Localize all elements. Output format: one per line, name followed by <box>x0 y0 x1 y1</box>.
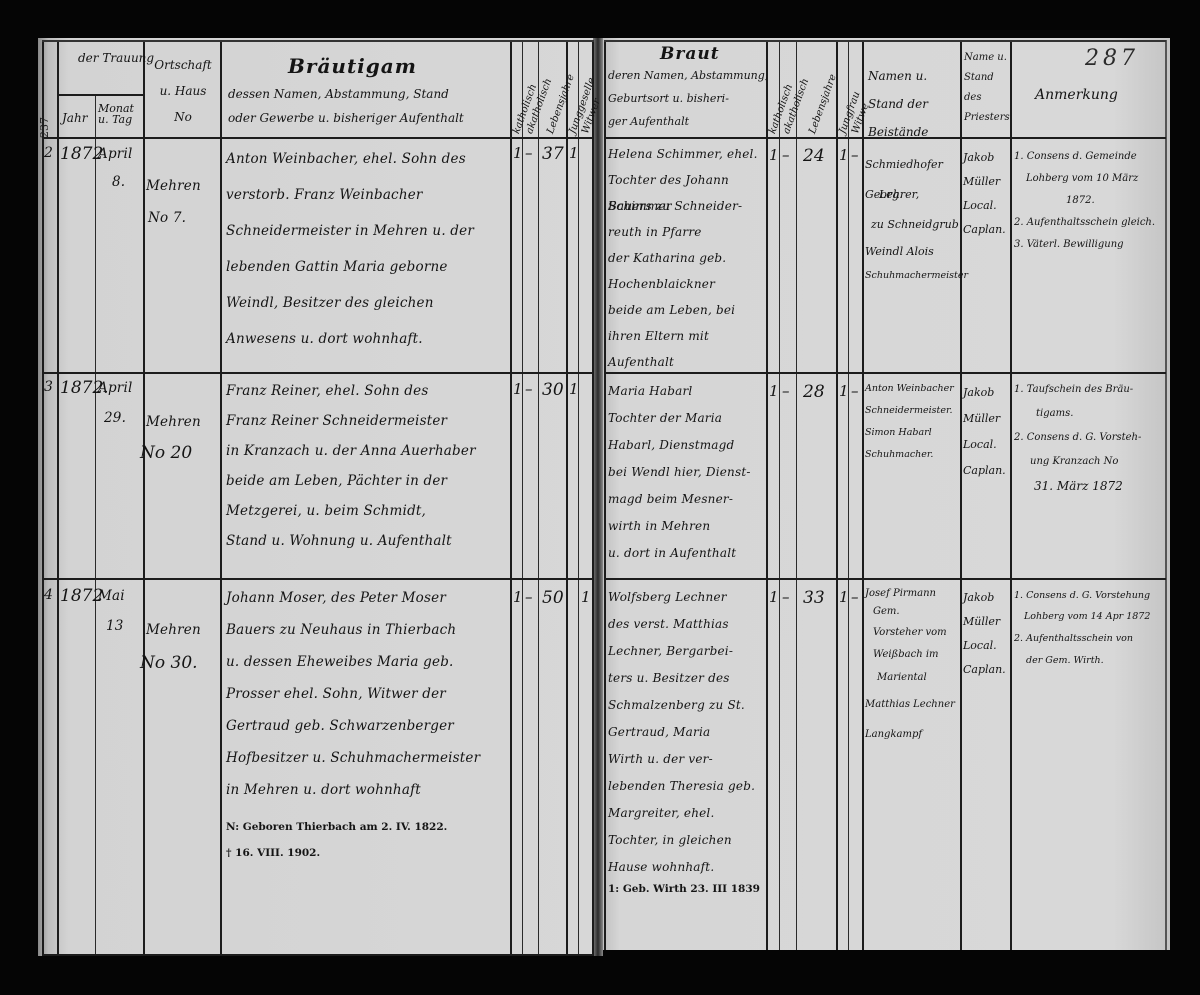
groom-widower: 1 <box>581 590 591 605</box>
header-trauung: der Trauung <box>78 52 154 64</box>
page-number: 287 <box>1085 48 1139 70</box>
rule <box>57 40 59 955</box>
header-braeutigam-sub1: dessen Namen, Abstammung, Stand <box>228 88 449 100</box>
entry-place: Mehren <box>146 624 201 638</box>
bride-description: Wolfsberg Lechner des verst. Matthias Le… <box>608 584 764 881</box>
groom-description: Anton Weinbacher, ehel. Sohn des verstor… <box>226 141 508 357</box>
priest: Jakob Müller Local. Caplan. <box>963 380 1009 484</box>
bride-single: 1 <box>839 148 849 163</box>
bride-single: 1 <box>839 384 849 399</box>
remarks: 1. Consens d. Gemeinde Lohberg vom 10 Mä… <box>1014 146 1164 256</box>
rule <box>566 40 568 955</box>
entry-place: Mehren <box>146 416 201 430</box>
entry-year: 1872 <box>60 588 103 605</box>
bride-widow: – <box>851 148 859 163</box>
book-gutter <box>593 38 603 956</box>
witnesses: Josef Pirmann Gem. Vorsteher vom Weißbac… <box>865 586 959 750</box>
rule <box>604 578 1166 580</box>
rule <box>42 954 594 956</box>
rule <box>836 40 838 950</box>
groom-single: 1 <box>569 382 579 397</box>
rule <box>848 40 849 950</box>
header-braut-sub1: deren Namen, Abstammung, <box>608 70 768 81</box>
bride-age: 28 <box>803 384 825 401</box>
entry-number: 2 <box>44 146 53 160</box>
groom-description: Franz Reiner, ehel. Sohn des Franz Reine… <box>226 376 508 556</box>
entry-day: 13 <box>106 620 124 634</box>
entry-year: 1872 <box>60 146 103 163</box>
bride-catholic: 1 <box>769 148 779 163</box>
remarks: 1. Consens d. G. Vorstehung Lohberg vom … <box>1014 586 1164 672</box>
witnesses: Schmiedhofer Georg. Lehrer, zu Schneidgr… <box>865 150 959 288</box>
header-braut-sub2: Geburtsort u. bisheri- <box>608 93 729 104</box>
bride-description: Helena Schimmer, ehel. Tochter des Johan… <box>608 141 764 375</box>
rule <box>143 40 145 955</box>
entry-month: April <box>98 382 132 396</box>
groom-noncatholic: – <box>525 146 533 161</box>
header-monat-tag: Monat u. Tag <box>98 103 142 125</box>
bride-widow: – <box>851 590 859 605</box>
rule <box>42 40 44 955</box>
scanned-register-spread: 237 der Trauung Jahr Monat u. Tag Ortsch… <box>0 0 1200 995</box>
rule <box>779 40 780 950</box>
groom-age: 50 <box>542 590 564 607</box>
rule <box>960 40 962 950</box>
rule <box>1165 40 1167 950</box>
groom-description: Johann Moser, des Peter Moser Bauers zu … <box>226 582 508 806</box>
groom-age: 37 <box>542 146 564 163</box>
entry-month: April <box>98 148 132 162</box>
entry-day: 29. <box>104 412 126 426</box>
entry-number: 4 <box>44 588 53 602</box>
groom-birth-note: N: Geboren Thierbach am 2. IV. 1822. <box>226 822 447 833</box>
groom-noncatholic: – <box>525 382 533 397</box>
margin-annotation: 237 <box>38 48 52 138</box>
rule <box>95 95 96 955</box>
header-braut-sub3: ger Aufenthalt <box>608 116 689 127</box>
header-ortschaft: Ortschaft u. Haus No <box>150 52 216 130</box>
rule <box>522 40 523 955</box>
rule <box>604 40 606 950</box>
bride-noncatholic: – <box>782 590 790 605</box>
header-anmerkung: Anmerkung <box>1035 88 1118 102</box>
rule <box>592 40 594 955</box>
bride-catholic: 1 <box>769 590 779 605</box>
header-trauzeugen: Namen u. Stand der Beistände <box>868 62 956 146</box>
rule <box>862 40 864 950</box>
header-priester: Name u. Stand des Priesters <box>964 48 1008 128</box>
groom-catholic: 1 <box>513 382 523 397</box>
entry-house-no: No 30. <box>140 655 198 672</box>
rule <box>1010 40 1012 950</box>
remarks: 1. Taufschein des Bräu- tigams. 2. Conse… <box>1014 378 1164 498</box>
rule <box>42 137 594 139</box>
header-braeutigam-sub2: oder Gewerbe u. bisheriger Aufenthalt <box>228 112 464 124</box>
rule <box>510 40 512 955</box>
rule <box>578 40 579 955</box>
rule <box>42 578 594 580</box>
groom-catholic: 1 <box>513 146 523 161</box>
bride-age: 33 <box>803 590 825 607</box>
groom-noncatholic: – <box>525 590 533 605</box>
entry-month: Mai <box>98 590 125 604</box>
bride-noncatholic: – <box>782 148 790 163</box>
bride-description: Maria Habarl Tochter der Maria Habarl, D… <box>608 378 764 567</box>
groom-catholic: 1 <box>513 590 523 605</box>
rule <box>42 372 594 374</box>
entry-day: 8. <box>112 176 125 190</box>
rule <box>220 40 222 955</box>
bride-age: 24 <box>803 148 825 165</box>
rule <box>604 40 1166 42</box>
bride-widow: – <box>851 384 859 399</box>
groom-age: 30 <box>542 382 564 399</box>
rule <box>538 40 539 955</box>
header-jahr: Jahr <box>62 112 87 124</box>
rule <box>42 40 594 42</box>
rule <box>796 40 797 950</box>
entry-place: Mehren <box>146 180 201 194</box>
bride-catholic: 1 <box>769 384 779 399</box>
priest: Jakob Müller Local. Caplan. <box>963 586 1009 682</box>
bride-birth-note: 1: Geb. Wirth 23. III 1839 <box>608 884 760 895</box>
bride-noncatholic: – <box>782 384 790 399</box>
rule <box>57 94 143 96</box>
entry-house-no: No 7. <box>148 212 186 226</box>
entry-number: 3 <box>44 380 53 394</box>
entry-house-no: No 20 <box>140 445 192 462</box>
rule <box>766 40 768 950</box>
header-braeutigam: Bräutigam <box>288 56 417 76</box>
priest: Jakob Müller Local. Caplan. <box>963 146 1009 242</box>
groom-single: 1 <box>569 146 579 161</box>
groom-death-note: † 16. VIII. 1902. <box>226 848 320 859</box>
witnesses: Anton Weinbacher Schneidermeister. Simon… <box>865 378 959 466</box>
bride-single: 1 <box>839 590 849 605</box>
header-braut: Braut <box>660 46 720 63</box>
